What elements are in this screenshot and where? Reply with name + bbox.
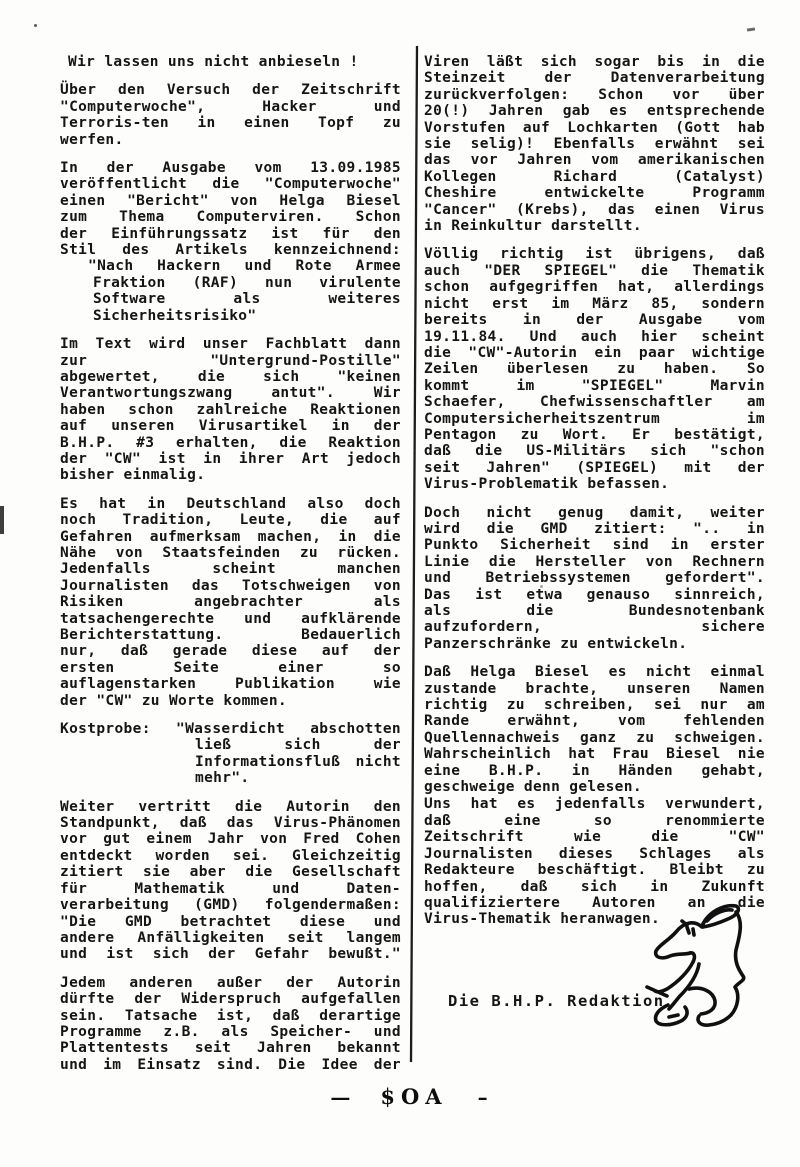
text-line: Schaefer, Chefwissenschaftler am: [424, 394, 765, 410]
text-line: Software als weiteres: [60, 291, 401, 307]
text-line: auflagenstarken Publikation wie: [60, 676, 401, 692]
text-line: Jedenfalls scheint manchen: [60, 561, 401, 577]
paragraph-name-falsch: Daß Helga Biesel es nicht einmalzustande…: [424, 664, 765, 795]
text-line: Steinzeit der Datenverarbeitung: [424, 70, 765, 86]
text-line: Doch nicht genug damit, weiter: [424, 505, 765, 521]
text-line: sein. Tatsache ist, daß derartige: [60, 1008, 401, 1024]
text-line: bereits in der Ausgabe vom: [424, 312, 765, 328]
text-line: richtig zu schreiben, sei nur am: [424, 697, 765, 713]
text-line: nicht erst im März 85, sondern: [424, 296, 765, 312]
scanned-zine-page: { "colors": { "ink": "#151515", "paper":…: [0, 0, 800, 1167]
photocopy-artifact: [540, 585, 543, 588]
text-line: Panzerschränke zu entwickeln.: [424, 636, 765, 652]
paragraph-spiegel: Völlig richtig ist übrigens, daßauch "DE…: [424, 246, 765, 492]
text-line: Redakteure beschäftigt. Bleibt zu: [424, 862, 765, 878]
text-line: Linie die Hersteller von Rechnern: [424, 554, 765, 570]
text-line: vor gut einem Jahr von Fred Cohen: [60, 831, 401, 847]
text-line: hoffen, daß sich in Zukunft: [424, 879, 765, 895]
text-line: zurückverfolgen: Schon vor über: [424, 87, 765, 103]
text-line: Es hat in Deutschland also doch: [60, 496, 401, 512]
text-line: Rande erwähnt, vom fehlenden: [424, 713, 765, 729]
text-line: Uns hat es jedenfalls verwundert,: [424, 796, 765, 812]
text-line: Vorstufen auf Lochkarten (Gott hab: [424, 120, 765, 136]
text-line: "Computerwoche", Hacker und: [60, 99, 401, 115]
text-line: veröffentlicht die "Computerwoche": [60, 176, 401, 192]
text-line: mehr".: [60, 770, 401, 786]
text-line: und Betriebssystemen gefordert".: [424, 570, 765, 586]
text-line: Im Text wird unser Fachblatt dann: [60, 336, 401, 352]
text-line: daß eine so renommierte: [424, 813, 765, 829]
text-line: ließ sich der: [60, 737, 401, 753]
text-line: Punkto Sicherheit sind in erster: [424, 537, 765, 553]
text-line: tatsachengerechte und aufklärende: [60, 611, 401, 627]
paragraph-kostprobe: Kostprobe: "Wasserdicht abschottenließ s…: [60, 721, 401, 787]
text-line: Standpunkt, daß das Virus-Phänomen: [60, 815, 401, 831]
text-line: werfen.: [60, 132, 401, 148]
text-line: abgewertet, die sich "keinen: [60, 369, 401, 385]
text-line: Risiken angebrachter als: [60, 594, 401, 610]
photocopy-artifact: [747, 27, 755, 31]
text-line: Plattentests seit Jahren bekannt: [60, 1040, 401, 1056]
left-column: Wir lassen uns nicht anbieseln !Über den…: [60, 54, 401, 1073]
text-line: schon aufgegriffen hat, allerdings: [424, 279, 765, 295]
paragraph-tradition: Es hat in Deutschland also dochnoch Trad…: [60, 496, 401, 709]
text-line: seit Jahren" (SPIEGEL) mit der: [424, 460, 765, 476]
text-line: Über den Versuch der Zeitschrift: [60, 82, 401, 98]
text-line: sie selig)! Ebenfalls erwähnt sei: [424, 136, 765, 152]
text-line: das vor Jahren vom amerikanischen: [424, 152, 765, 168]
text-line: Zeilen überlesen zu haben. So: [424, 361, 765, 377]
text-line: auf unseren Virusartikel in der: [60, 418, 401, 434]
text-line: Weiter vertritt die Autorin den: [60, 799, 401, 815]
text-line: Computersicherheitszentrum im: [424, 411, 765, 427]
page-footer: — $OA –: [0, 1084, 800, 1109]
text-line: "Die GMD betrachtet diese und: [60, 914, 401, 930]
text-line: der "CW" ist in ihrer Art jedoch: [60, 451, 401, 467]
paragraph-fachblatt: Im Text wird unser Fachblatt dannzur "Un…: [60, 336, 401, 484]
text-line: Kostprobe: "Wasserdicht abschotten: [60, 721, 401, 737]
text-line: Gefahren aufmerksam machen, in die: [60, 529, 401, 545]
text-line: Journalisten dieses Schlages als: [424, 846, 765, 862]
text-line: und im Einsatz sind. Die Idee der: [60, 1057, 401, 1073]
text-line: aufzufordern, sichere: [424, 619, 765, 635]
text-line: Programme z.B. als Speicher- und: [60, 1024, 401, 1040]
text-line: Verantwortungszwang antut". Wir: [60, 385, 401, 401]
right-column: Viren läßt sich sogar bis in dieSteinzei…: [424, 54, 765, 928]
text-line: Das ist etwa genauso sinnreich,: [424, 587, 765, 603]
text-line: 19.11.84. Und auch hier scheint: [424, 329, 765, 345]
paragraph-verwundert: Uns hat es jedenfalls verwundert,daß ein…: [424, 796, 765, 927]
text-line: qualifiziertere Autoren an die: [424, 895, 765, 911]
text-line: 20(!) Jahren gab es entsprechende: [424, 103, 765, 119]
text-line: In der Ausgabe vom 13.09.1985: [60, 160, 401, 176]
text-line: zum Thema Computerviren. Schon: [60, 209, 401, 225]
photocopy-artifact: [34, 24, 37, 27]
text-line: eine B.H.P. in Händen gehabt,: [424, 763, 765, 779]
text-line: entdeckt worden sei. Gleichzeitig: [60, 848, 401, 864]
paragraph-intro: Über den Versuch der Zeitschrift"Compute…: [60, 82, 401, 148]
text-line: dürfte der Widerspruch aufgefallen: [60, 991, 401, 1007]
text-line: Journalisten das Totschweigen von: [60, 578, 401, 594]
text-line: Virus-Thematik heranwagen.: [424, 911, 765, 927]
text-line: Informationsfluß nicht: [60, 754, 401, 770]
text-line: Wir lassen uns nicht anbieseln !: [60, 54, 401, 70]
paragraph-viren-steinzeit: Viren läßt sich sogar bis in dieSteinzei…: [424, 54, 765, 234]
text-line: Sicherheitsrisiko": [60, 308, 401, 324]
text-line: Pentagon zu Wort. Er bestätigt,: [424, 427, 765, 443]
text-line: auch "DER SPIEGEL" die Thematik: [424, 263, 765, 279]
text-line: Kollegen Richard (Catalyst): [424, 169, 765, 185]
text-line: zustande brachte, unseren Namen: [424, 681, 765, 697]
paragraph-ausgabe: In der Ausgabe vom 13.09.1985veröffentli…: [60, 160, 401, 324]
text-line: Quellennachweis ganz zu schweigen.: [424, 730, 765, 746]
text-line: und ist sich der Gefahr bewußt.": [60, 946, 401, 962]
paragraph-widerspruch: Jedem anderen außer der Autorindürfte de…: [60, 975, 401, 1073]
article-title: Wir lassen uns nicht anbieseln !: [60, 54, 401, 70]
text-line: die "CW"-Autorin ein paar wichtige: [424, 345, 765, 361]
text-line: einen "Bericht" von Helga Biesel: [60, 193, 401, 209]
text-line: als die Bundesnotenbank: [424, 603, 765, 619]
text-line: nur, daß gerade diese auf der: [60, 643, 401, 659]
text-line: für Mathematik und Daten-: [60, 881, 401, 897]
text-line: Wahrscheinlich hat Frau Biesel nie: [424, 746, 765, 762]
text-line: Cheshire entwickelte Programm: [424, 185, 765, 201]
text-line: Fraktion (RAF) nun virulente: [60, 275, 401, 291]
text-line: bisher einmalig.: [60, 467, 401, 483]
text-line: B.H.P. #3 erhalten, die Reaktion: [60, 435, 401, 451]
text-line: Berichterstattung. Bedauerlich: [60, 627, 401, 643]
text-line: "Cancer" (Krebs), das einen Virus: [424, 202, 765, 218]
text-line: der "CW" zu Worte kommen.: [60, 693, 401, 709]
paragraph-autorin: Weiter vertritt die Autorin denStandpunk…: [60, 799, 401, 963]
text-line: geschweige denn gelesen.: [424, 779, 765, 795]
text-line: daß die US-Militärs sich "schon: [424, 443, 765, 459]
text-line: Daß Helga Biesel es nicht einmal: [424, 664, 765, 680]
text-line: noch Tradition, Leute, die auf: [60, 512, 401, 528]
text-line: Zeitschrift wie die "CW": [424, 829, 765, 845]
text-line: zur "Untergrund-Postille": [60, 353, 401, 369]
text-line: verarbeitung (GMD) folgendermaßen:: [60, 897, 401, 913]
text-line: andere Anfälligkeiten seit langem: [60, 930, 401, 946]
text-line: Stil des Artikels kennzeichnend:: [60, 242, 401, 258]
text-line: der Einführungssatz ist für den: [60, 226, 401, 242]
page-number-hex: $OA: [380, 1084, 447, 1109]
text-line: wird die GMD zitiert: ".. in: [424, 521, 765, 537]
text-line: Nähe von Staatsfeinden zu rücken.: [60, 545, 401, 561]
text-line: zitiert sie aber die Gesellschaft: [60, 864, 401, 880]
paragraph-gmd-zitat: Doch nicht genug damit, weiterwird die G…: [424, 505, 765, 653]
text-line: Terroris-ten in einen Topf zu: [60, 115, 401, 131]
signature-line: Die B.H.P. Redaktion: [448, 992, 665, 1010]
footer-left-dash: —: [330, 1085, 350, 1109]
text-line: Viren läßt sich sogar bis in die: [424, 54, 765, 70]
text-line: Virus-Problematik befassen.: [424, 476, 765, 492]
text-line: "Nach Hackern und Rote Armee: [60, 258, 401, 274]
photocopy-artifact: [0, 506, 4, 534]
text-line: Völlig richtig ist übrigens, daß: [424, 246, 765, 262]
text-line: kommt im "SPIEGEL" Marvin: [424, 378, 765, 394]
text-line: in Reinkultur darstellt.: [424, 218, 765, 234]
text-line: Jedem anderen außer der Autorin: [60, 975, 401, 991]
text-line: ersten Seite einer so: [60, 660, 401, 676]
text-line: haben schon zahlreiche Reaktionen: [60, 402, 401, 418]
footer-right-dash: –: [478, 1085, 488, 1109]
